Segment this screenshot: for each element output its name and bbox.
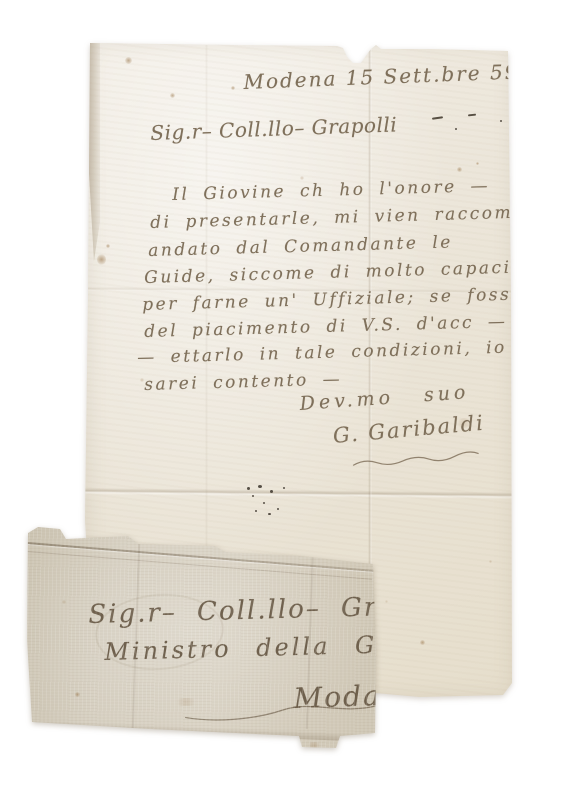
ink-speck [500,120,502,122]
envelope-flap-fold [27,542,374,572]
ink-speck [270,490,273,493]
foxing-spot [300,176,304,180]
foxing-spot [420,640,425,645]
foxing-spot [457,167,462,172]
foxing-spot [385,600,388,603]
ink-speck [455,128,457,130]
envelope: Sig.r– Coll.llo– Grapo Ministro della Gu… [25,524,381,756]
foxing-spot [308,742,320,749]
foxing-spot [476,162,479,165]
foxing-spot [106,244,110,248]
ink-speck [252,495,254,497]
foxing-spot [170,93,175,98]
ink-speck [268,513,271,515]
ink-speck [258,485,262,488]
foxing-spot [231,86,235,90]
photo-stage: Modena 15 Sett.bre 59 Sig.r– Coll.llo– G… [0,0,567,800]
ink-speck [255,510,257,512]
foxing-spot [97,254,106,265]
foxing-spot [125,57,132,64]
ink-speck [277,508,279,510]
ink-speck [283,487,285,489]
foxing-spot [75,692,80,697]
ink-speck [247,487,250,490]
foxing-spot [489,560,492,563]
address-flourish [183,697,384,730]
foxing-spot [62,600,66,604]
envelope-paper: Sig.r– Coll.llo– Grapo Ministro della Gu… [25,524,381,756]
ink-speck [263,502,265,504]
